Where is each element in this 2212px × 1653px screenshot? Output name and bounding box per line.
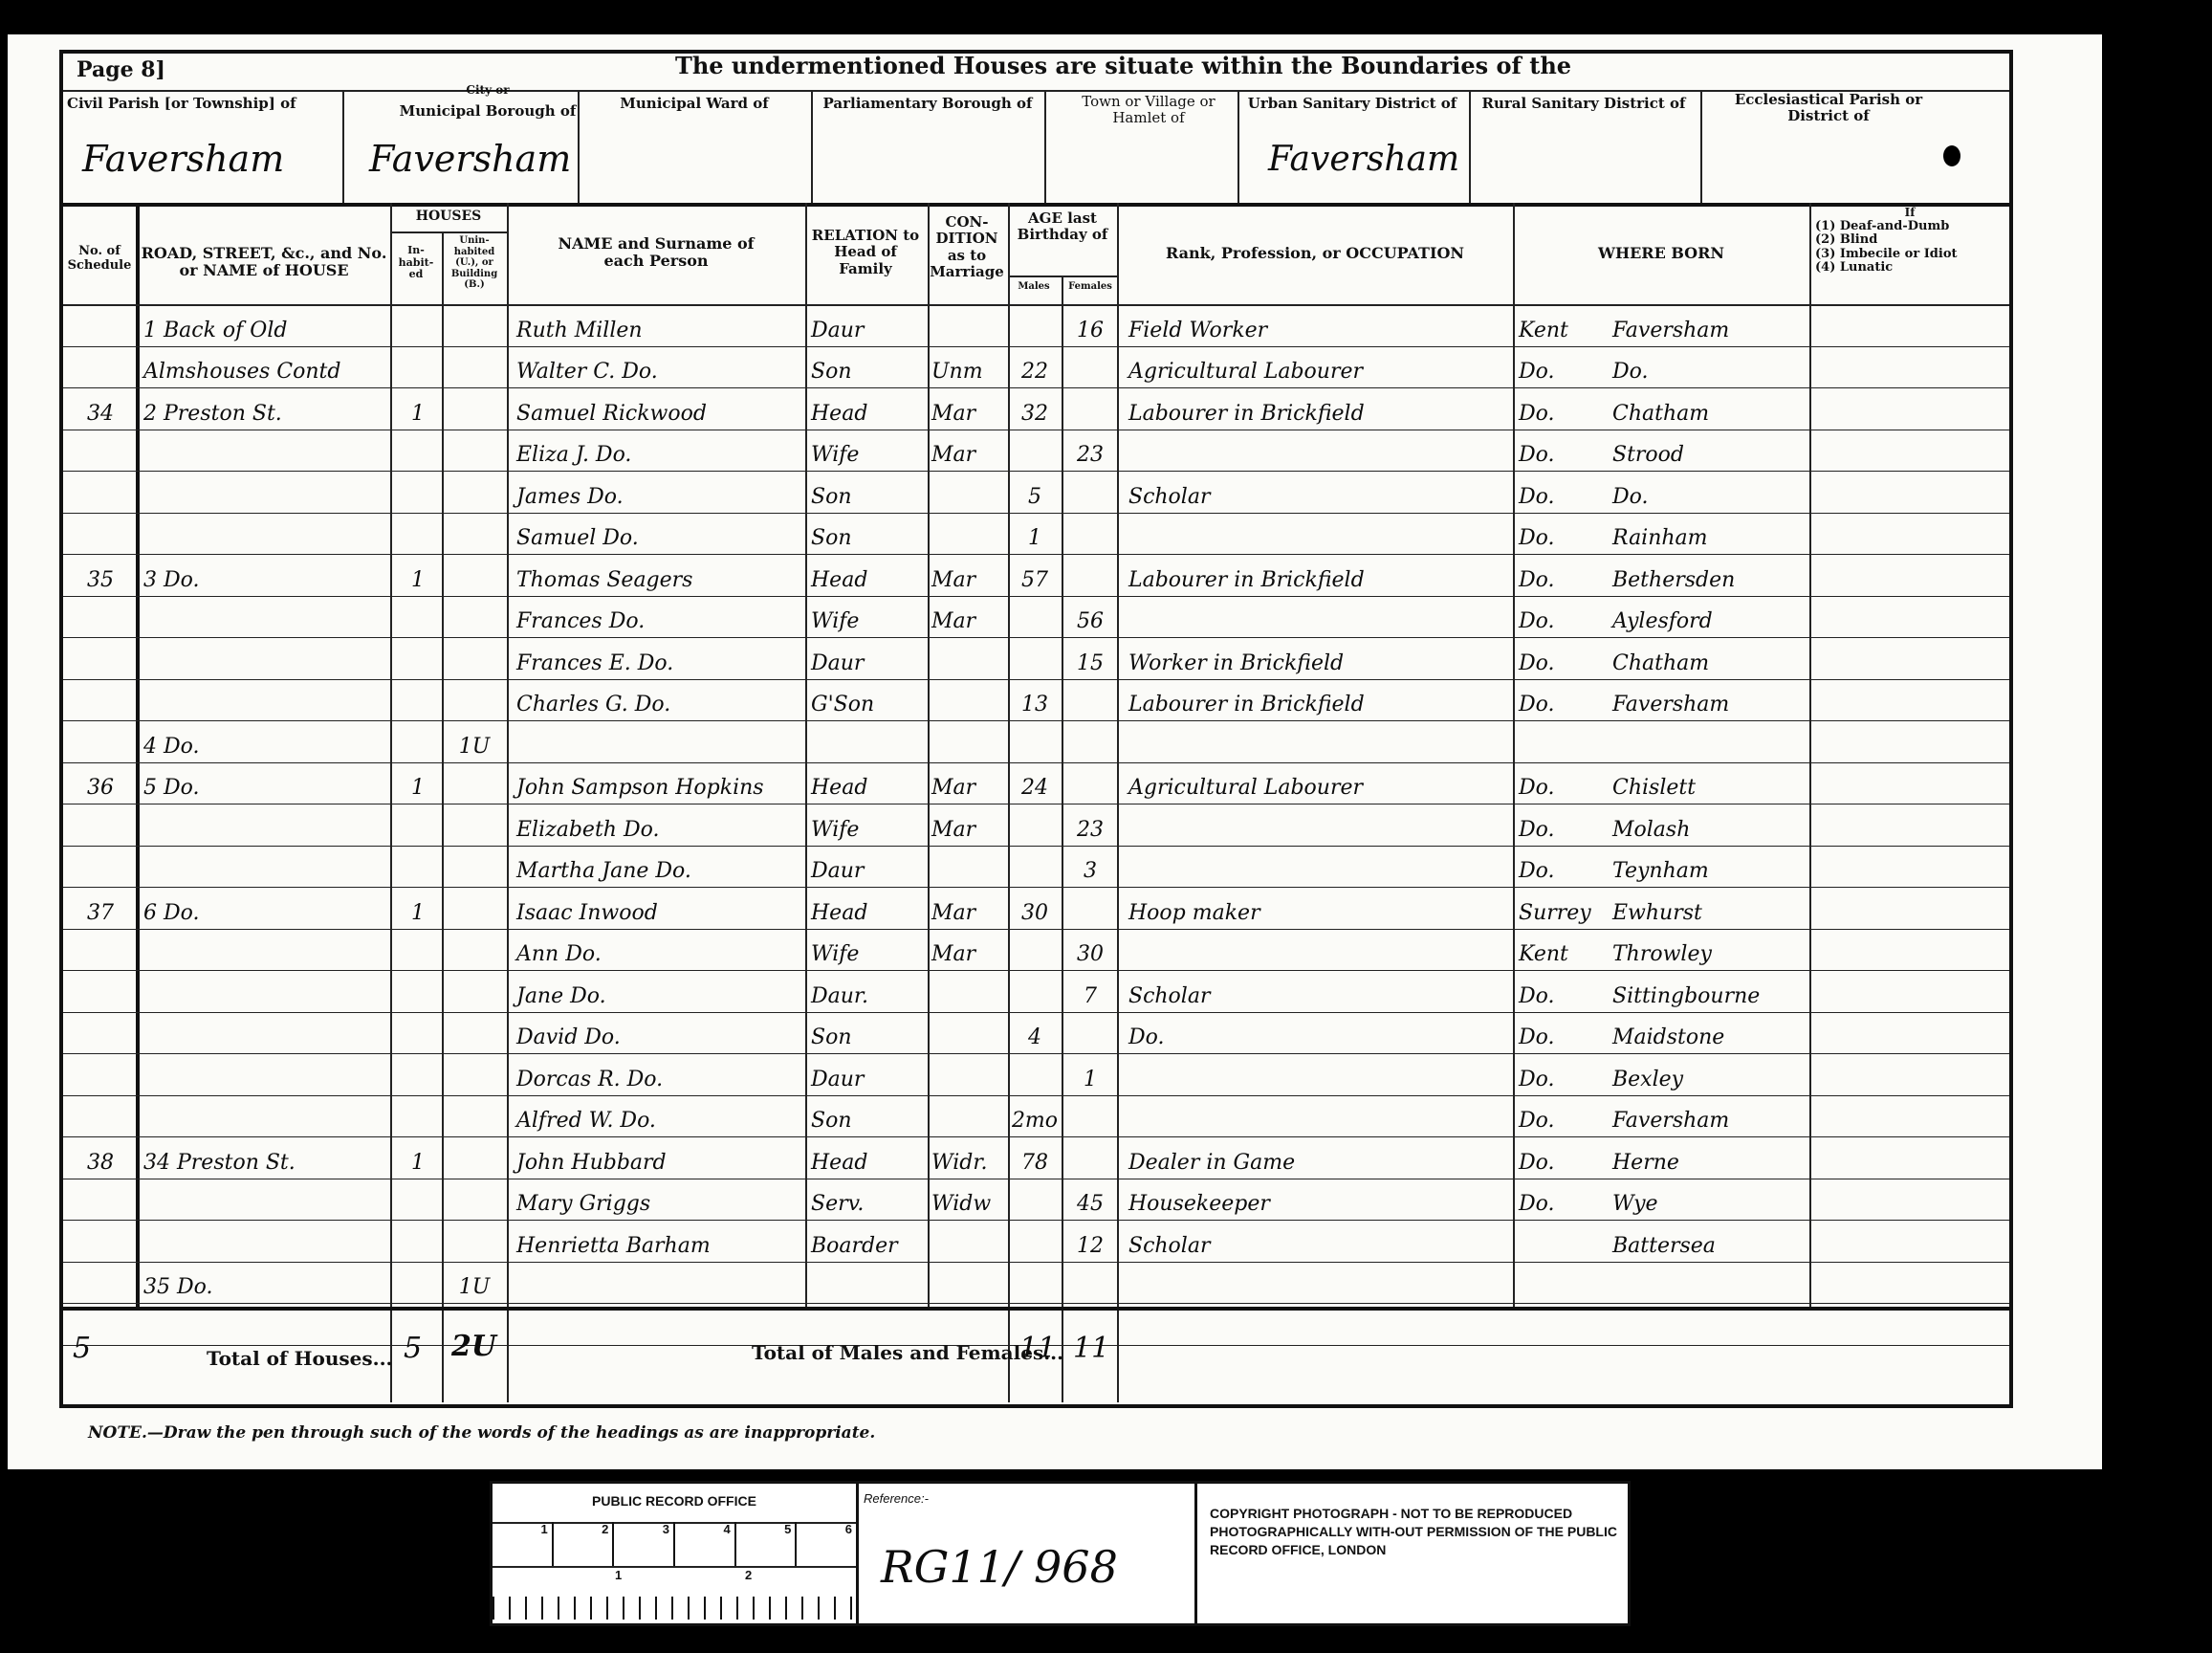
cell-condition xyxy=(931,1012,1006,1054)
cell-born-county xyxy=(1519,1262,1595,1304)
col-header-occupation: Rank, Profession, or OCCUPATION xyxy=(1119,245,1511,262)
cell-name: Ruth Millen xyxy=(516,304,803,346)
cell-occupation: Agricultural Labourer xyxy=(1128,762,1511,804)
census-form: Page 8] The undermentioned Houses are si… xyxy=(59,50,2013,1408)
cell-name: Martha Jane Do. xyxy=(516,846,803,888)
infirmity-imbecile: (3) Imbecile or Idiot xyxy=(1815,248,2006,261)
cell-inhabited xyxy=(394,1262,442,1304)
admin-value-civil-parish: Faversham xyxy=(82,138,284,180)
cell-inhabited xyxy=(394,679,442,721)
cell-road xyxy=(143,1012,388,1054)
cell-schedule xyxy=(67,1262,134,1304)
cell-condition: Mar xyxy=(931,929,1006,971)
cell-inhabited xyxy=(394,596,442,638)
cell-road xyxy=(143,1053,388,1095)
cell-males: 13 xyxy=(1010,679,1060,721)
cell-schedule xyxy=(67,1012,134,1054)
cell-schedule xyxy=(67,679,134,721)
cell-road xyxy=(143,1220,388,1262)
cell-born-county: Surrey xyxy=(1519,887,1595,929)
cell-uninhabited: 1U xyxy=(444,1262,505,1304)
cell-uninhabited xyxy=(444,513,505,555)
cell-born-place: Sittingbourne xyxy=(1612,970,1807,1012)
page-number: Page 8] xyxy=(77,57,165,82)
cell-uninhabited xyxy=(444,1095,505,1137)
cell-females xyxy=(1063,346,1117,388)
cell-road xyxy=(143,513,388,555)
cell-females: 1 xyxy=(1063,1053,1117,1095)
cell-name: Ann Do. xyxy=(516,929,803,971)
cell-road xyxy=(143,929,388,971)
scale-mark: 5 xyxy=(736,1522,798,1566)
cell-born-county: Do. xyxy=(1519,387,1595,430)
cell-uninhabited xyxy=(444,762,505,804)
note: NOTE.—Draw the pen through such of the w… xyxy=(88,1423,875,1443)
cell-name: Thomas Seagers xyxy=(516,554,803,596)
cell-uninhabited xyxy=(444,804,505,846)
total-males: 11 xyxy=(1019,1332,1056,1365)
cell-born-county: Do. xyxy=(1519,804,1595,846)
cell-schedule: 38 xyxy=(67,1136,134,1179)
cell-males xyxy=(1010,637,1060,679)
cell-condition xyxy=(931,304,1006,346)
cell-uninhabited xyxy=(444,970,505,1012)
cell-females: 23 xyxy=(1063,804,1117,846)
scale-inch-2: 2 xyxy=(745,1568,752,1582)
cell-born-county: Do. xyxy=(1519,1136,1595,1179)
cell-females xyxy=(1063,1095,1117,1137)
cell-inhabited xyxy=(394,1220,442,1262)
cell-condition xyxy=(931,846,1006,888)
admin-value-urban-sanitary: Faversham xyxy=(1268,140,1459,179)
cell-relation: Daur xyxy=(811,1053,926,1095)
cell-females xyxy=(1063,1136,1117,1179)
scale-top: 1 2 3 4 5 6 xyxy=(493,1522,856,1566)
cell-name: Samuel Do. xyxy=(516,513,803,555)
cell-relation: Wife xyxy=(811,596,926,638)
cell-occupation xyxy=(1128,596,1511,638)
cell-relation: Daur xyxy=(811,637,926,679)
cell-occupation xyxy=(1128,1262,1511,1304)
cell-born-place: Faversham xyxy=(1612,304,1807,346)
cell-females: 45 xyxy=(1063,1179,1117,1221)
cell-road: 1 Back of Old xyxy=(143,304,388,346)
cell-schedule xyxy=(67,1220,134,1262)
cell-relation: Head xyxy=(811,554,926,596)
cell-uninhabited xyxy=(444,887,505,929)
cell-inhabited: 1 xyxy=(394,887,442,929)
cell-born-county: Kent xyxy=(1519,929,1595,971)
cell-born-county: Do. xyxy=(1519,554,1595,596)
cell-occupation xyxy=(1128,1095,1511,1137)
cell-born-place: Rainham xyxy=(1612,513,1807,555)
cell-road xyxy=(143,970,388,1012)
cell-name: Walter C. Do. xyxy=(516,346,803,388)
cell-name: James Do. xyxy=(516,471,803,513)
cell-occupation: Dealer in Game xyxy=(1128,1136,1511,1179)
cell-females: 15 xyxy=(1063,637,1117,679)
col-header-relation: RELATION to Head of Family xyxy=(805,228,926,277)
cell-born-county xyxy=(1519,1220,1595,1262)
cell-occupation: Worker in Brickfield xyxy=(1128,637,1511,679)
admin-label-municipal-ward: Municipal Ward of xyxy=(578,96,811,112)
cell-born-county: Do. xyxy=(1519,1179,1595,1221)
cell-road: 6 Do. xyxy=(143,887,388,929)
cell-name: John Sampson Hopkins xyxy=(516,762,803,804)
cell-occupation: Housekeeper xyxy=(1128,1179,1511,1221)
scale-mark: 2 xyxy=(554,1522,615,1566)
col-header-infirmity: (1) Deaf-and-Dumb (2) Blind (3) Imbecile… xyxy=(1815,220,2006,275)
cell-born-place: Maidstone xyxy=(1612,1012,1807,1054)
cell-road: 3 Do. xyxy=(143,554,388,596)
cell-schedule xyxy=(67,637,134,679)
cell-males: 30 xyxy=(1010,887,1060,929)
cell-males xyxy=(1010,1179,1060,1221)
cell-females: 16 xyxy=(1063,304,1117,346)
cell-females xyxy=(1063,554,1117,596)
cell-inhabited xyxy=(394,1095,442,1137)
cell-born-place: Wye xyxy=(1612,1179,1807,1221)
cell-born-county: Do. xyxy=(1519,970,1595,1012)
cell-uninhabited xyxy=(444,637,505,679)
cell-schedule: 36 xyxy=(67,762,134,804)
cell-occupation xyxy=(1128,720,1511,762)
cell-uninhabited xyxy=(444,1179,505,1221)
cell-males xyxy=(1010,304,1060,346)
cell-condition: Mar xyxy=(931,430,1006,472)
cell-relation: Wife xyxy=(811,929,926,971)
cell-name: Eliza J. Do. xyxy=(516,430,803,472)
cell-condition: Mar xyxy=(931,887,1006,929)
cell-born-county: Do. xyxy=(1519,513,1595,555)
cell-name: John Hubbard xyxy=(516,1136,803,1179)
cell-relation: Son xyxy=(811,346,926,388)
cell-born-county: Do. xyxy=(1519,762,1595,804)
cell-schedule: 37 xyxy=(67,887,134,929)
cell-inhabited xyxy=(394,430,442,472)
cell-uninhabited xyxy=(444,596,505,638)
cell-born-place: Aylesford xyxy=(1612,596,1807,638)
cell-males: 24 xyxy=(1010,762,1060,804)
cell-males: 22 xyxy=(1010,346,1060,388)
form-title: The undermentioned Houses are situate wi… xyxy=(675,52,1571,79)
cell-females xyxy=(1063,1262,1117,1304)
cell-born-place: Molash xyxy=(1612,804,1807,846)
total-uninhabited: 2U xyxy=(451,1330,496,1363)
cell-occupation: Hoop maker xyxy=(1128,887,1511,929)
cell-born-place: Bethersden xyxy=(1612,554,1807,596)
cell-born-county: Do. xyxy=(1519,471,1595,513)
cell-condition xyxy=(931,679,1006,721)
scale-bottom: 1 2 xyxy=(493,1566,856,1620)
cell-females xyxy=(1063,471,1117,513)
scale-mark: 6 xyxy=(797,1522,856,1566)
cell-born-place: Faversham xyxy=(1612,679,1807,721)
cell-inhabited: 1 xyxy=(394,387,442,430)
cell-born-county: Do. xyxy=(1519,430,1595,472)
cell-road xyxy=(143,846,388,888)
copyright-notice: COPYRIGHT PHOTOGRAPH - NOT TO BE REPRODU… xyxy=(1210,1505,1621,1559)
cell-road xyxy=(143,1179,388,1221)
cell-occupation xyxy=(1128,1053,1511,1095)
cell-uninhabited xyxy=(444,387,505,430)
col-header-where-born: WHERE BORN xyxy=(1513,245,1809,262)
cell-condition: Mar xyxy=(931,596,1006,638)
cell-born-county: Do. xyxy=(1519,679,1595,721)
cell-schedule xyxy=(67,804,134,846)
cell-road: 5 Do. xyxy=(143,762,388,804)
cell-schedule: 34 xyxy=(67,387,134,430)
scale-inch-1: 1 xyxy=(615,1568,622,1582)
cell-uninhabited xyxy=(444,846,505,888)
cell-relation: Son xyxy=(811,1095,926,1137)
cell-road xyxy=(143,679,388,721)
cell-schedule xyxy=(67,513,134,555)
cell-condition xyxy=(931,1220,1006,1262)
cell-females: 3 xyxy=(1063,846,1117,888)
cell-uninhabited: 1U xyxy=(444,720,505,762)
cell-males xyxy=(1010,929,1060,971)
cell-males xyxy=(1010,1220,1060,1262)
cell-schedule xyxy=(67,471,134,513)
cell-born-place xyxy=(1612,1262,1807,1304)
cell-relation: Daur. xyxy=(811,970,926,1012)
cell-road xyxy=(143,637,388,679)
cell-uninhabited xyxy=(444,929,505,971)
cell-inhabited xyxy=(394,304,442,346)
cell-relation: Head xyxy=(811,887,926,929)
cell-relation: Serv. xyxy=(811,1179,926,1221)
pro-office-title: PUBLIC RECORD OFFICE xyxy=(493,1493,856,1509)
cell-schedule xyxy=(67,1053,134,1095)
cell-born-county: Kent xyxy=(1519,304,1595,346)
col-header-condition: CON-DITION as to Marriage xyxy=(928,214,1006,280)
cell-name: Mary Griggs xyxy=(516,1179,803,1221)
cell-occupation: Labourer in Brickfield xyxy=(1128,679,1511,721)
cell-uninhabited xyxy=(444,430,505,472)
cell-born-county xyxy=(1519,720,1595,762)
cell-inhabited xyxy=(394,1179,442,1221)
cell-uninhabited xyxy=(444,304,505,346)
cell-born-county: Do. xyxy=(1519,637,1595,679)
cell-occupation: Scholar xyxy=(1128,1220,1511,1262)
col-header-inhabited: In-habit-ed xyxy=(392,245,440,281)
cell-females xyxy=(1063,762,1117,804)
cell-females xyxy=(1063,679,1117,721)
cell-inhabited: 1 xyxy=(394,554,442,596)
cell-road xyxy=(143,430,388,472)
col-header-schedule: No. of Schedule xyxy=(63,245,136,274)
cell-females xyxy=(1063,513,1117,555)
admin-label-parliamentary-borough: Parliamentary Borough of xyxy=(811,96,1044,112)
cell-schedule xyxy=(67,596,134,638)
cell-females xyxy=(1063,1012,1117,1054)
cell-born-place: Throwley xyxy=(1612,929,1807,971)
cell-occupation: Agricultural Labourer xyxy=(1128,346,1511,388)
cell-occupation xyxy=(1128,929,1511,971)
reference-value: RG11/ 968 xyxy=(881,1541,1118,1593)
cell-relation: Daur xyxy=(811,846,926,888)
col-header-infirmity-if: If xyxy=(1809,207,2010,220)
col-header-name: NAME and Surname of each Person xyxy=(541,235,771,271)
cell-relation: Wife xyxy=(811,804,926,846)
cell-name xyxy=(516,720,803,762)
cell-uninhabited xyxy=(444,1053,505,1095)
cell-condition xyxy=(931,1262,1006,1304)
cell-inhabited: 1 xyxy=(394,1136,442,1179)
cell-inhabited: 1 xyxy=(394,762,442,804)
cell-name: Frances Do. xyxy=(516,596,803,638)
cell-relation: G'Son xyxy=(811,679,926,721)
cell-born-county: Do. xyxy=(1519,1053,1595,1095)
cell-born-place: Do. xyxy=(1612,346,1807,388)
cell-males xyxy=(1010,1262,1060,1304)
total-houses-label: Total of Houses... xyxy=(207,1347,393,1370)
scale-mark: 1 xyxy=(493,1522,554,1566)
cell-name: Charles G. Do. xyxy=(516,679,803,721)
cell-road: 2 Preston St. xyxy=(143,387,388,430)
cell-born-place: Faversham xyxy=(1612,1095,1807,1137)
cell-inhabited xyxy=(394,471,442,513)
cell-males: 4 xyxy=(1010,1012,1060,1054)
cell-males: 5 xyxy=(1010,471,1060,513)
cell-name: Alfred W. Do. xyxy=(516,1095,803,1137)
cell-relation: Son xyxy=(811,513,926,555)
cell-name: Isaac Inwood xyxy=(516,887,803,929)
cell-road xyxy=(143,596,388,638)
scale-mark: 4 xyxy=(675,1522,736,1566)
cell-occupation xyxy=(1128,430,1511,472)
cell-name: Samuel Rickwood xyxy=(516,387,803,430)
admin-label-civil-parish: Civil Parish [or Township] of xyxy=(67,96,335,112)
cell-condition: Mar xyxy=(931,387,1006,430)
cell-condition xyxy=(931,471,1006,513)
cell-males: 57 xyxy=(1010,554,1060,596)
admin-label-ecclesiastical: Ecclesiastical Parish or District of xyxy=(1704,92,1953,125)
cell-born-place: Teynham xyxy=(1612,846,1807,888)
cell-born-place: Chislett xyxy=(1612,762,1807,804)
cell-condition: Widw xyxy=(931,1179,1006,1221)
cell-occupation xyxy=(1128,846,1511,888)
admin-label-town-village: Town or Village or Hamlet of xyxy=(1067,94,1230,127)
cell-relation: Son xyxy=(811,471,926,513)
col-header-houses: HOUSES xyxy=(390,209,507,224)
cell-inhabited xyxy=(394,720,442,762)
cell-females: 56 xyxy=(1063,596,1117,638)
cell-inhabited xyxy=(394,637,442,679)
cell-occupation: Scholar xyxy=(1128,970,1511,1012)
cell-born-place: Strood xyxy=(1612,430,1807,472)
cell-name: Elizabeth Do. xyxy=(516,804,803,846)
cell-road: 34 Preston St. xyxy=(143,1136,388,1179)
cell-relation xyxy=(811,720,926,762)
total-persons-label: Total of Males and Females... xyxy=(752,1341,1063,1364)
cell-condition xyxy=(931,720,1006,762)
col-header-uninhabited: Unin-habited (U.), or Building (B.) xyxy=(444,235,505,291)
cell-males xyxy=(1010,596,1060,638)
cell-name: Dorcas R. Do. xyxy=(516,1053,803,1095)
reference-label: Reference:- xyxy=(864,1491,929,1506)
cell-road: Almshouses Contd xyxy=(143,346,388,388)
cell-relation: Head xyxy=(811,762,926,804)
cell-schedule xyxy=(67,970,134,1012)
admin-label-urban-sanitary: Urban Sanitary District of xyxy=(1237,96,1467,112)
infirmity-lunatic: (4) Lunatic xyxy=(1815,261,2006,275)
cell-inhabited xyxy=(394,1012,442,1054)
cell-inhabited xyxy=(394,513,442,555)
cell-males xyxy=(1010,430,1060,472)
cell-condition xyxy=(931,513,1006,555)
ink-blot xyxy=(1943,145,1960,166)
cell-relation: Boarder xyxy=(811,1220,926,1262)
cell-condition: Mar xyxy=(931,804,1006,846)
cell-inhabited xyxy=(394,346,442,388)
cell-uninhabited xyxy=(444,471,505,513)
cell-schedule xyxy=(67,1095,134,1137)
cell-inhabited xyxy=(394,846,442,888)
cell-males xyxy=(1010,720,1060,762)
cell-relation: Head xyxy=(811,1136,926,1179)
admin-value-municipal-borough: Faversham xyxy=(369,138,571,180)
cell-schedule xyxy=(67,304,134,346)
cell-males xyxy=(1010,804,1060,846)
cell-females: 12 xyxy=(1063,1220,1117,1262)
cell-uninhabited xyxy=(444,346,505,388)
cell-road xyxy=(143,1095,388,1137)
cell-born-place: Chatham xyxy=(1612,387,1807,430)
col-header-road: ROAD, STREET, &c., and No. or NAME of HO… xyxy=(140,245,388,280)
total-females: 11 xyxy=(1073,1332,1109,1365)
cell-schedule xyxy=(67,346,134,388)
cell-males: 1 xyxy=(1010,513,1060,555)
cell-road xyxy=(143,471,388,513)
cell-inhabited xyxy=(394,929,442,971)
total-schedules: 5 xyxy=(73,1332,91,1365)
total-inhabited: 5 xyxy=(404,1332,422,1365)
infirmity-blind: (2) Blind xyxy=(1815,233,2006,247)
cell-males: 78 xyxy=(1010,1136,1060,1179)
cell-occupation: Labourer in Brickfield xyxy=(1128,387,1511,430)
cell-schedule xyxy=(67,430,134,472)
cell-born-place: Bexley xyxy=(1612,1053,1807,1095)
cell-relation: Head xyxy=(811,387,926,430)
cell-females: 23 xyxy=(1063,430,1117,472)
cell-name: David Do. xyxy=(516,1012,803,1054)
cell-name xyxy=(516,1262,803,1304)
cell-inhabited xyxy=(394,970,442,1012)
cell-born-place: Battersea xyxy=(1612,1220,1807,1262)
cell-schedule xyxy=(67,720,134,762)
cell-males xyxy=(1010,970,1060,1012)
admin-label-rural-sanitary: Rural Sanitary District of xyxy=(1469,96,1698,112)
cell-road: 4 Do. xyxy=(143,720,388,762)
cell-females xyxy=(1063,887,1117,929)
cell-inhabited xyxy=(394,804,442,846)
cell-condition: Unm xyxy=(931,346,1006,388)
cell-occupation xyxy=(1128,513,1511,555)
cell-occupation: Field Worker xyxy=(1128,304,1511,346)
cell-males: 32 xyxy=(1010,387,1060,430)
cell-schedule: 35 xyxy=(67,554,134,596)
cell-condition xyxy=(931,1053,1006,1095)
cell-born-county: Do. xyxy=(1519,846,1595,888)
cell-condition xyxy=(931,637,1006,679)
cell-condition: Widr. xyxy=(931,1136,1006,1179)
cell-uninhabited xyxy=(444,1220,505,1262)
cell-born-county: Do. xyxy=(1519,1095,1595,1137)
cell-males xyxy=(1010,846,1060,888)
cell-born-county: Do. xyxy=(1519,1012,1595,1054)
